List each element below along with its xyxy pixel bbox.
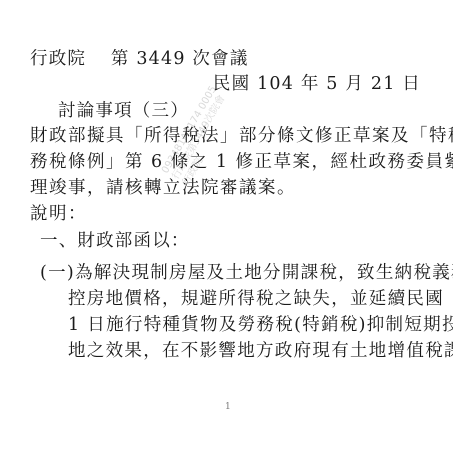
explanation-heading: 說明： (30, 204, 87, 224)
proposal-line: 理竣事，請核轉立法院審議案。 (30, 178, 296, 198)
sub-item-continuation: 1 日施行特種貨物及勞務稅(特銷稅)抑制短期投機炒作房 (68, 315, 453, 335)
sub-item-label: (一) (40, 263, 75, 283)
meeting-date: 民國 104 年 5 月 21 日 (213, 74, 421, 94)
sub-item-text: 為解決現制房屋及土地分開課稅，致生納稅義務人運用操 (75, 263, 453, 283)
section-title: 討論事項（三） (58, 101, 189, 121)
sub-item-continuation: 地之效果，在不影響地方政府現有土地增值稅課徵之前提 (68, 341, 453, 361)
proposal-line: 務稅條例」第 6 條之 1 修正草案，經杜政務委員紫軍等審查整 (30, 152, 453, 172)
meeting-number: 第 3449 次會議 (111, 49, 249, 69)
sub-item-continuation: 控房地價格，規避所得稅之缺失，並延續民國 100 年 6 月 (68, 289, 453, 309)
proposal-line: 財政部擬具「所得稅法」部分條文修正草案及「特種貨物及勞 (30, 126, 453, 146)
item-heading: 一、財政部函以： (40, 231, 190, 251)
page-number: 1 (225, 402, 231, 412)
organization-name: 行政院 (30, 49, 86, 69)
document-header: 行政院 第 3449 次會議 (30, 49, 249, 69)
sub-item-first-line: (一)為解決現制房屋及土地分開課稅，致生納稅義務人運用操 (40, 263, 453, 283)
document-page: 093481A3174 0005 行政院第3449次院會 行政院 行政院 第 3… (0, 0, 453, 453)
